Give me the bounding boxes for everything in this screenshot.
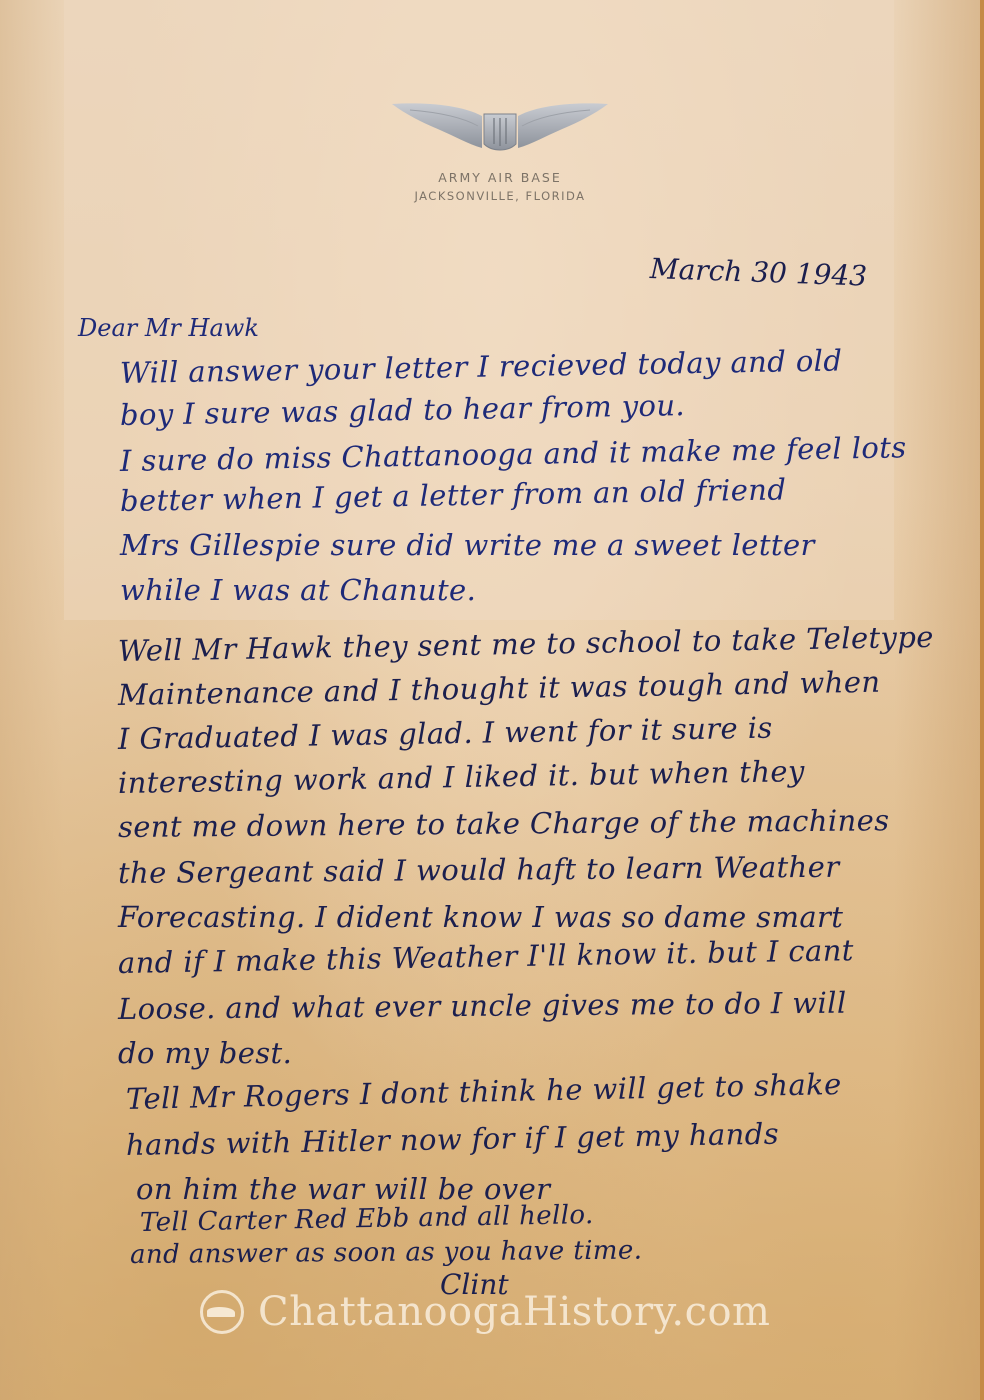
wings-emblem-icon bbox=[390, 100, 610, 160]
watermark-text: ChattanoogaHistory.com bbox=[258, 1289, 770, 1335]
letter-line: Loose. and what ever uncle gives me to d… bbox=[118, 986, 847, 1026]
letter-line: sent me down here to take Charge of the … bbox=[118, 803, 890, 844]
letter-line: while I was at Chanute. bbox=[120, 573, 476, 607]
paper-light-panel bbox=[64, 0, 894, 620]
letter-line: Mrs Gillespie sure did write me a sweet … bbox=[120, 528, 815, 562]
letterhead-base-name: ARMY AIR BASE bbox=[340, 170, 660, 185]
letter-salutation: Dear Mr Hawk bbox=[78, 314, 259, 342]
watermark: ChattanoogaHistory.com bbox=[200, 1284, 770, 1340]
letter-line: Forecasting. I dident know I was so dame… bbox=[118, 900, 843, 934]
letter-line: the Sergeant said I would haft to learn … bbox=[118, 850, 840, 890]
letterhead-location: JACKSONVILLE, FLORIDA bbox=[340, 189, 660, 203]
paper-edge-shade-left bbox=[0, 0, 64, 1400]
letter-line: and answer as soon as you have time. bbox=[130, 1236, 643, 1270]
letter-line: on him the war will be over bbox=[136, 1172, 550, 1206]
letterhead: ARMY AIR BASE JACKSONVILLE, FLORIDA bbox=[340, 100, 660, 203]
paper-edge-shade-right bbox=[894, 0, 984, 1400]
paper-right-edge bbox=[980, 0, 984, 1400]
letter-line: do my best. bbox=[118, 1036, 292, 1070]
lookout-mountain-logo-icon bbox=[200, 1290, 244, 1334]
